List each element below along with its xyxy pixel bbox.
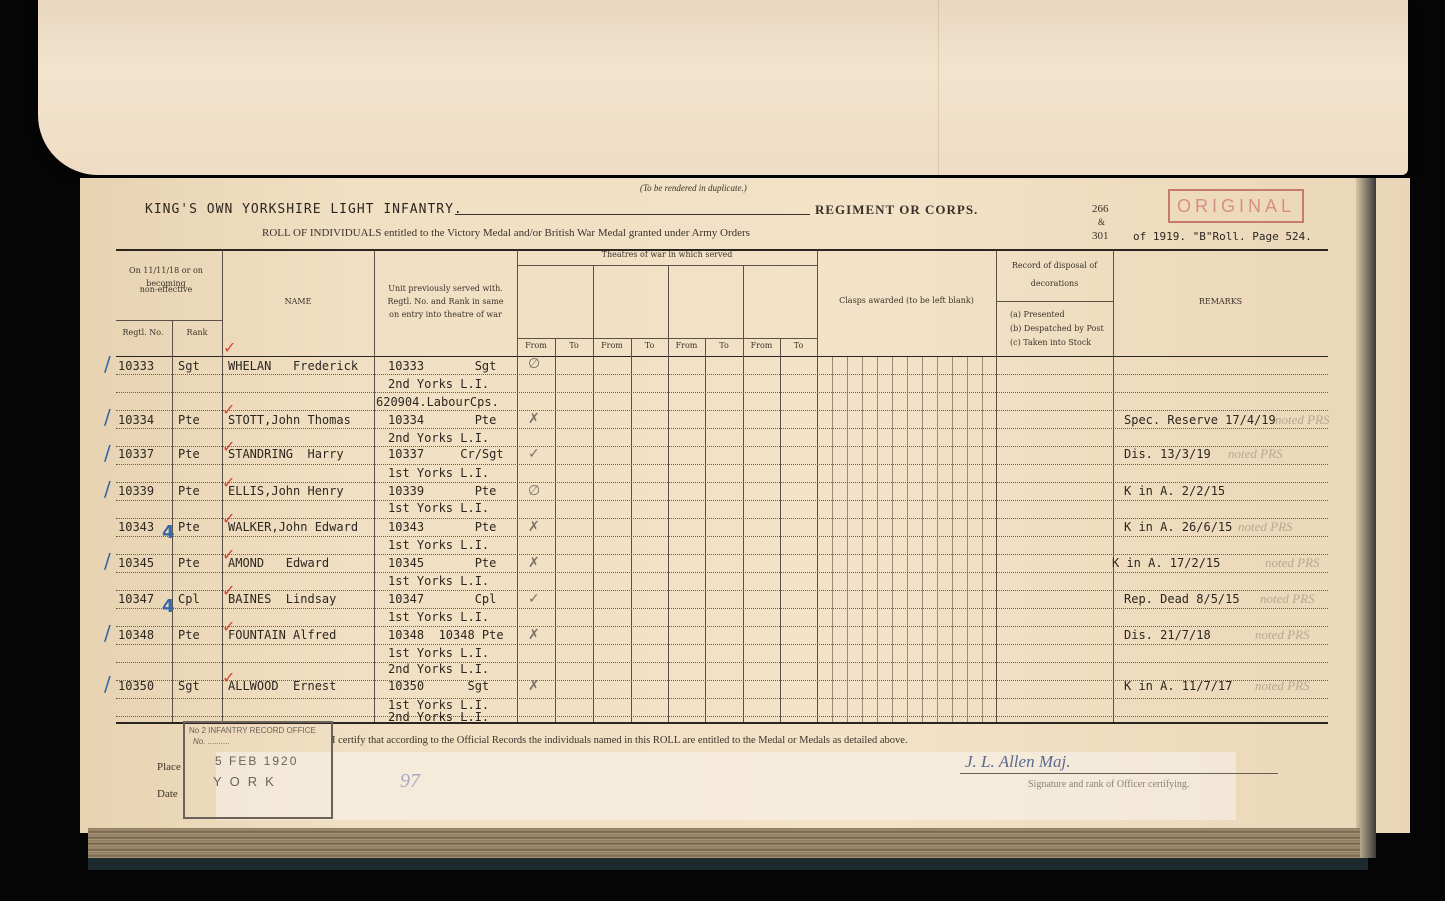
book-page-edges (88, 828, 1360, 860)
soldier-name: AMOND Edward (228, 556, 329, 570)
remarks: Dis. 13/3/19 (1124, 447, 1211, 461)
roll-reference: of 1919. "B"Roll. Page 524. (1133, 230, 1312, 243)
stamp-date: 5 FEB 1920 (185, 748, 331, 768)
book-cover (88, 858, 1368, 870)
handwritten-note: noted PRS (1275, 412, 1330, 428)
handwritten-4: 4 (162, 522, 175, 543)
header-from: From (593, 339, 631, 352)
regtl-no: 10347 (118, 592, 154, 606)
remarks: K in A. 26/6/15 (1124, 520, 1232, 534)
pencil-cross-icon: ✗ (528, 411, 540, 427)
row-rule (116, 518, 1328, 519)
unit-line: 1st Yorks L.I. (388, 538, 489, 552)
row-rule (116, 482, 1328, 483)
unit-line: 1st Yorks L.I. (388, 610, 489, 624)
row-rule (116, 644, 1328, 645)
handwritten-4: 4 (162, 596, 175, 617)
pencil-cross-icon: ✓ (528, 591, 540, 607)
header-regtl-no: Regtl. No. (114, 326, 172, 339)
header-divider (517, 265, 817, 266)
record-office-stamp: No 2 INFANTRY RECORD OFFICE No. ........… (183, 721, 333, 819)
clasp-divider (922, 357, 923, 722)
unit-line: 10334 Pte (388, 413, 496, 427)
clasp-divider (967, 357, 968, 722)
red-tick-icon: ✓ (222, 545, 235, 564)
row-rule (116, 698, 1328, 699)
army-order-2: 301 (1092, 230, 1109, 242)
pencil-cross-icon: ✗ (528, 627, 540, 643)
unit-line: 10345 Pte (388, 556, 496, 570)
pencil-mark-icon: ∅ (528, 483, 540, 499)
col-divider (705, 338, 706, 722)
header-clasps: Clasps awarded (to be left blank) (817, 294, 996, 307)
handwritten-note: noted PRS (1228, 446, 1283, 462)
regtl-no: 10350 (118, 679, 154, 693)
rank: Pte (178, 628, 200, 642)
clasp-divider (952, 357, 953, 722)
blue-slash-icon: / (104, 549, 111, 573)
col-divider (1113, 250, 1114, 722)
soldier-name: ALLWOOD Ernest (228, 679, 336, 693)
unit-line: 10343 Pte (388, 520, 496, 534)
stamp-place: YORK (185, 768, 331, 789)
regtl-no: 10343 (118, 520, 154, 534)
row-rule (116, 716, 1328, 717)
unit-line: 1st Yorks L.I. (388, 501, 489, 515)
pencil-mark-icon: ∅ (528, 356, 540, 372)
regtl-no: 10337 (118, 447, 154, 461)
regiment-name: KING'S OWN YORKSHIRE LIGHT INFANTRY. (145, 202, 463, 217)
clasp-divider (877, 357, 878, 722)
unit-line: 620904.LabourCps. (376, 395, 499, 409)
unit-line: 10350 Sgt (388, 679, 489, 693)
header-to: To (631, 339, 668, 352)
header-remarks: REMARKS (1113, 295, 1328, 308)
header-disposal-a: (a) Presented (1010, 308, 1065, 321)
blue-slash-icon: / (104, 621, 111, 645)
soldier-name: STANDRING Harry (228, 447, 344, 461)
regtl-no: 10333 (118, 359, 154, 373)
red-tick-icon: ✓ (222, 617, 235, 636)
blue-slash-icon: / (104, 672, 111, 696)
stamp-no: No. .......... (185, 735, 331, 748)
row-rule (116, 392, 1328, 393)
facing-page-top (38, 0, 1408, 175)
regtl-no: 10348 (118, 628, 154, 642)
header-disposal-2: decorations (996, 277, 1113, 290)
pencil-cross-icon: ✗ (528, 555, 540, 571)
certification-text: I certify that according to the Official… (332, 735, 908, 746)
clasp-divider (832, 357, 833, 722)
header-non-effective: non-effective (110, 283, 222, 296)
col-divider (517, 250, 518, 722)
blue-slash-icon: / (104, 405, 111, 429)
unit-line: 10333 Sgt (388, 359, 496, 373)
col-divider (743, 266, 744, 722)
row-rule (116, 536, 1328, 537)
pencil-cross-icon: ✓ (528, 446, 540, 462)
soldier-name: STOTT,John Thomas (228, 413, 351, 427)
unit-line: 2nd Yorks L.I. (388, 710, 489, 724)
pencil-cross-icon: ✗ (528, 678, 540, 694)
row-rule (116, 626, 1328, 627)
regiment-or-corps-label: REGIMENT OR CORPS. (815, 202, 978, 218)
header-disposal-b: (b) Despatched by Post (1010, 322, 1104, 335)
blue-slash-icon: / (104, 477, 111, 501)
header-from: From (517, 339, 555, 352)
col-divider (780, 338, 781, 722)
blue-slash-icon: / (104, 352, 111, 376)
unit-line: 10339 Pte (388, 484, 496, 498)
unit-line: 1st Yorks L.I. (388, 574, 489, 588)
handwritten-note: noted PRS (1255, 678, 1310, 694)
header-rank: Rank (172, 326, 222, 339)
row-rule (116, 374, 1328, 375)
col-divider (555, 338, 556, 722)
rank: Pte (178, 413, 200, 427)
header-theatres: Theatres of war in which served (517, 248, 817, 261)
red-tick-icon: ✓ (223, 338, 236, 357)
book-edge-right (1356, 178, 1376, 858)
clasp-divider (982, 357, 983, 722)
row-rule (116, 464, 1328, 465)
clasp-divider (892, 357, 893, 722)
clasp-divider (847, 357, 848, 722)
red-tick-icon: ✓ (222, 473, 235, 492)
clasp-divider (937, 357, 938, 722)
rank: Sgt (178, 359, 200, 373)
header-unit-1: Unit previously served with. (374, 282, 517, 295)
roll-title: ROLL OF INDIVIDUALS entitled to the Vict… (262, 227, 750, 239)
red-tick-icon: ✓ (222, 668, 235, 687)
rank: Pte (178, 447, 200, 461)
remarks: Dis. 21/7/18 (1124, 628, 1211, 642)
pencil-cross-icon: ✗ (528, 519, 540, 535)
unit-line: 10348 10348 Pte (388, 628, 504, 642)
rank: Pte (178, 484, 200, 498)
header-from: From (743, 339, 780, 352)
row-rule (116, 500, 1328, 501)
remarks: Rep. Dead 8/5/15 (1124, 592, 1240, 606)
officer-signature: J. L. Allen Maj. (965, 752, 1070, 772)
army-order-ampersand: & (1098, 217, 1105, 227)
row-rule (116, 662, 1328, 663)
row-rule (116, 554, 1328, 555)
date-label: Date (157, 788, 178, 800)
unit-line: 2nd Yorks L.I. (388, 662, 489, 676)
handwritten-note: noted PRS (1260, 591, 1315, 607)
row-rule (116, 428, 1328, 429)
unit-line: 10337 Cr/Sgt (388, 447, 504, 461)
soldier-name: WHELAN Frederick (228, 359, 358, 373)
row-rule (116, 572, 1328, 573)
unit-line: 1st Yorks L.I. (388, 466, 489, 480)
regtl-no: 10339 (118, 484, 154, 498)
handwritten-note: noted PRS (1238, 519, 1293, 535)
handwritten-note: noted PRS (1265, 555, 1320, 571)
remarks: K in A. 2/2/15 (1124, 484, 1225, 498)
header-to: To (705, 339, 743, 352)
handwritten-note: noted PRS (1255, 627, 1310, 643)
regtl-no: 10334 (118, 413, 154, 427)
soldier-name: WALKER,John Edward (228, 520, 358, 534)
rank: Sgt (178, 679, 200, 693)
unit-line: 1st Yorks L.I. (388, 646, 489, 660)
header-divider (116, 320, 222, 321)
soldier-name: ELLIS,John Henry (228, 484, 344, 498)
header-from: From (668, 339, 705, 352)
col-divider (996, 250, 997, 722)
regiment-underline (455, 214, 810, 215)
header-to: To (780, 339, 817, 352)
unit-line: 2nd Yorks L.I. (388, 431, 489, 445)
regtl-no: 10345 (118, 556, 154, 570)
signature-label: Signature and rank of Officer certifying… (1028, 779, 1189, 790)
blue-slash-icon: / (104, 441, 111, 465)
original-stamp: ORIGINAL (1168, 189, 1304, 223)
col-divider (817, 250, 818, 722)
clasp-divider (907, 357, 908, 722)
header-bottom-rule (116, 356, 1328, 357)
soldier-name: BAINES Lindsay (228, 592, 336, 606)
header-disposal-c: (c) Taken into Stock (1010, 336, 1091, 349)
header-to: To (555, 339, 593, 352)
rank: Pte (178, 556, 200, 570)
row-rule (116, 410, 1328, 411)
row-rule (116, 608, 1328, 609)
red-tick-icon: ✓ (222, 509, 235, 528)
soldier-name: FOUNTAIN Alfred (228, 628, 336, 642)
place-label: Place (157, 761, 181, 773)
remarks: K in A. 17/2/15 (1112, 556, 1220, 570)
unit-line: 2nd Yorks L.I. (388, 377, 489, 391)
red-tick-icon: ✓ (222, 437, 235, 456)
col-divider (668, 266, 669, 722)
pencil-97: 97 (400, 770, 420, 793)
signature-line (960, 773, 1278, 774)
header-name: NAME (222, 295, 374, 308)
red-tick-icon: ✓ (222, 581, 235, 600)
stamp-office: No 2 INFANTRY RECORD OFFICE (185, 723, 331, 735)
red-tick-icon: ✓ (222, 400, 235, 419)
rank: Pte (178, 520, 200, 534)
clasp-divider (862, 357, 863, 722)
header-disposal-1: Record of disposal of (996, 259, 1113, 272)
unit-line: 10347 Cpl (388, 592, 496, 606)
remarks: K in A. 11/7/17 (1124, 679, 1232, 693)
duplicate-note: (To be rendered in duplicate.) (640, 183, 747, 193)
row-rule (116, 590, 1328, 591)
col-divider (631, 338, 632, 722)
army-order-1: 266 (1092, 203, 1109, 215)
rank: Cpl (178, 592, 200, 606)
header-unit-2: Regtl. No. and Rank in same (374, 295, 517, 308)
header-unit-3: on entry into theatre of war (374, 308, 517, 321)
col-divider (593, 266, 594, 722)
header-divider (996, 301, 1113, 302)
remarks: Spec. Reserve 17/4/19 (1124, 413, 1276, 427)
